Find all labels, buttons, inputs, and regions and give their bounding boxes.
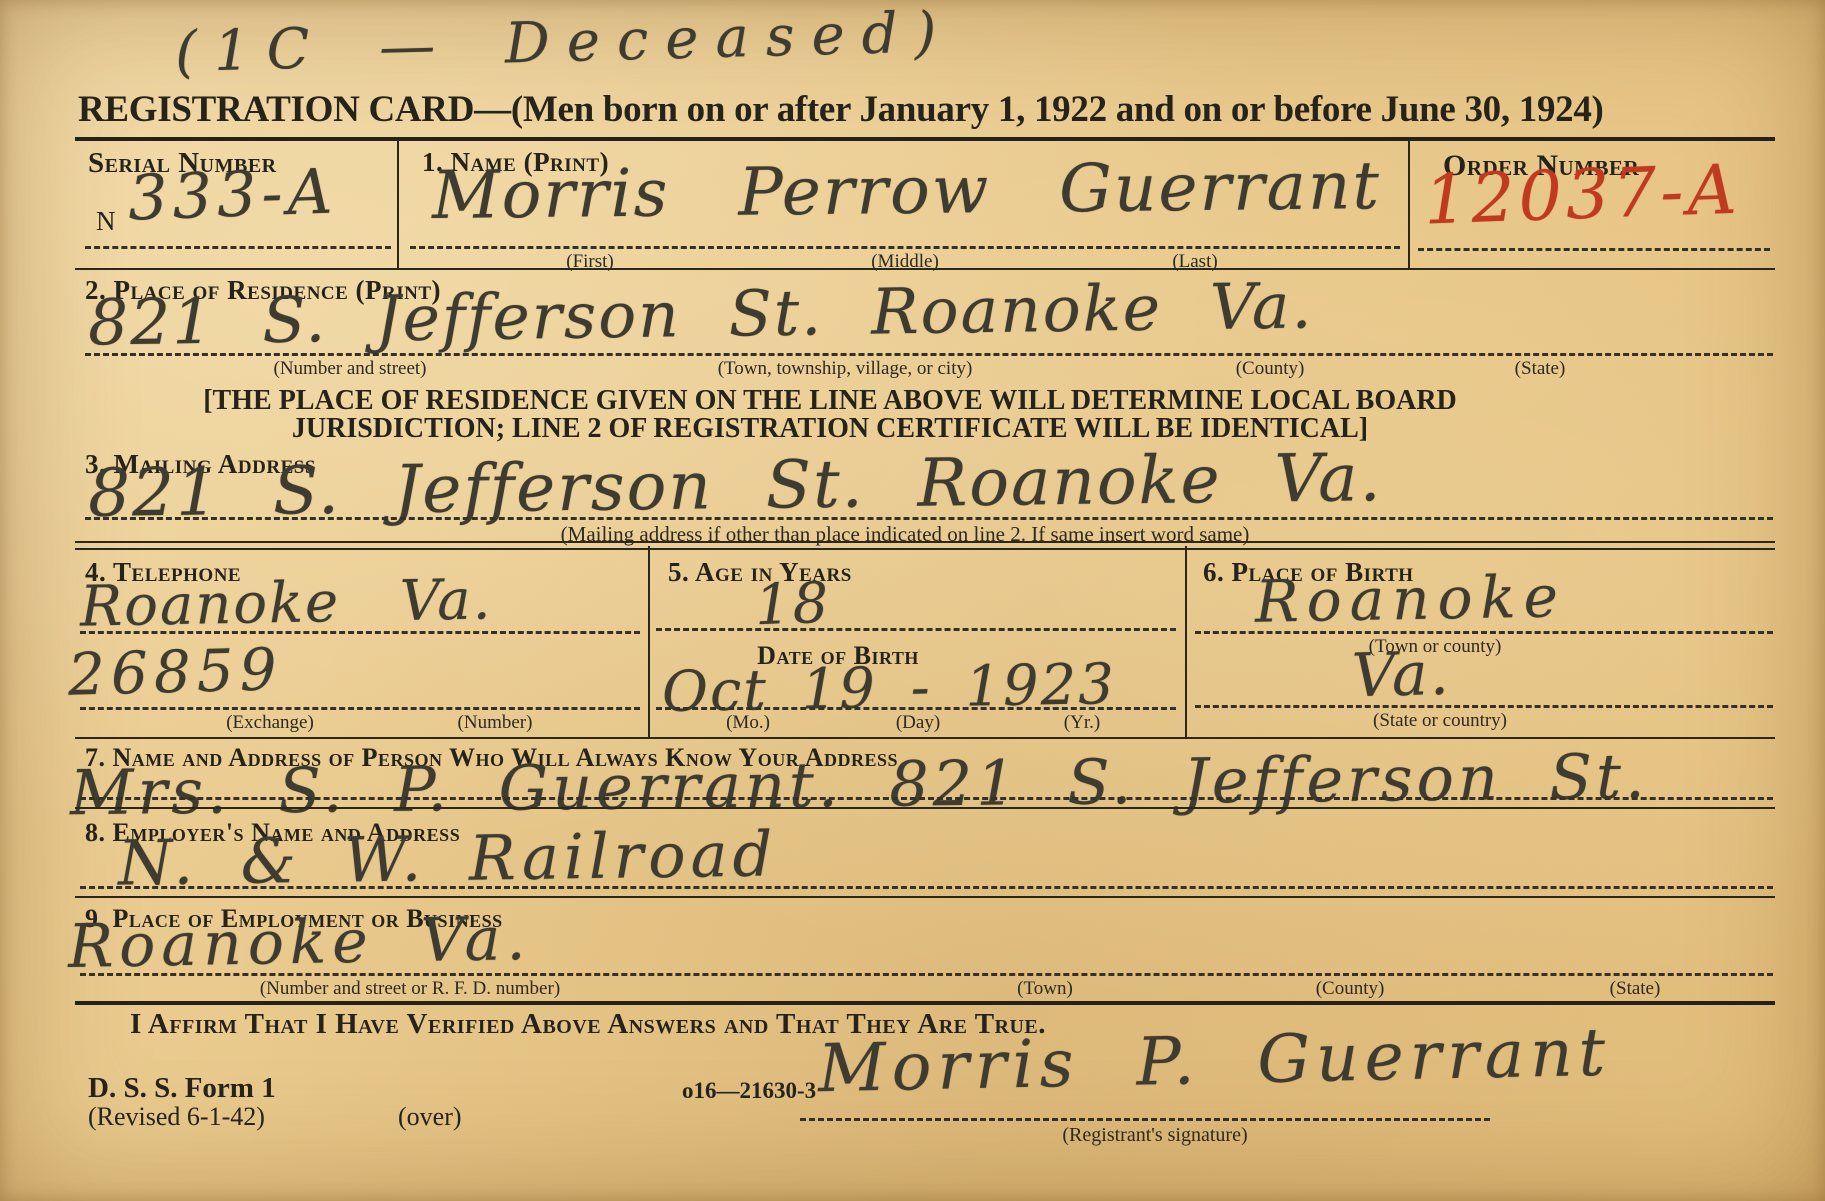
dob-sub-day: (Day) [896,712,940,734]
name-underline [410,246,1400,249]
employment-sub-street: (Number and street or R. F. D. number) [260,978,560,1000]
birthplace-state-underline [1195,705,1773,708]
divider [1408,140,1410,268]
residence-sub-street: (Number and street) [274,358,427,380]
employment-underline [80,973,1773,976]
serial-number-value: 333-A [127,154,338,234]
card-title: REGISTRATION CARD—(Men born on or after … [78,88,1604,131]
over-note: (over) [398,1102,462,1132]
employment-sub-county: (County) [1316,978,1385,1000]
jurisdiction-note-line2: JURISDICTION; LINE 2 OF REGISTRATION CER… [292,413,1368,445]
signature-sublabel: (Registrant's signature) [1062,1124,1247,1147]
divider [75,1001,1775,1005]
employment-sub-state: (State) [1610,978,1661,1000]
order-underline [1418,248,1770,251]
divider [648,546,650,737]
birthplace-town-value: Roanoke [1254,562,1566,635]
contact-value: Mrs. S. P. Guerrant. 821 S. Jefferson St… [70,740,1649,830]
residence-sub-town: (Town, township, village, or city) [718,358,973,380]
divider [75,268,1775,270]
dob-sub-month: (Mo.) [726,712,770,734]
telephone-number-underline [80,707,640,710]
residence-sub-county: (County) [1236,358,1305,380]
birthplace-state-value: Va. [1351,639,1451,712]
employment-sub-town: (Town) [1017,978,1073,1000]
classification-annotation: (1C — Deceased) [174,0,954,85]
residence-sub-state: (State) [1515,358,1566,380]
print-code: o16—21630-3 [682,1078,816,1104]
name-value: Morris Perrow Guerrant [432,147,1382,234]
telephone-exchange-value: Roanoke Va. [79,567,492,639]
order-number-value: 12037-A [1423,151,1742,241]
age-underline [656,628,1176,631]
telephone-exchange-underline [80,631,640,634]
registrant-signature: Morris P. Guerrant [817,1014,1612,1108]
registration-card: (1C — Deceased) REGISTRATION CARD—(Men b… [0,0,1825,1201]
telephone-sub-exchange: (Exchange) [226,712,314,734]
serial-underline [85,246,391,249]
divider [1185,546,1187,737]
divider [397,140,399,268]
date-of-birth-underline [656,707,1176,710]
telephone-sub-number: (Number) [458,712,533,734]
dob-sub-year: (Yr.) [1064,712,1100,734]
birthplace-town-underline [1195,631,1773,634]
divider [75,137,1775,141]
contact-underline [80,797,1773,800]
form-number: D. S. S. Form 1 [88,1072,276,1105]
mailing-underline [85,517,1773,520]
divider [75,807,1775,809]
employer-underline [80,886,1773,889]
employment-value: Roanoke Va. [67,904,532,982]
telephone-number-value: 26859 [67,635,283,709]
divider [75,896,1775,898]
divider [75,541,1775,550]
divider [75,737,1775,739]
residence-underline [85,353,1773,356]
serial-number-prefix: N [96,206,116,237]
form-revision: (Revised 6-1-42) [88,1102,265,1132]
birthplace-sub-state: (State or country) [1373,710,1507,732]
signature-underline [800,1118,1490,1121]
